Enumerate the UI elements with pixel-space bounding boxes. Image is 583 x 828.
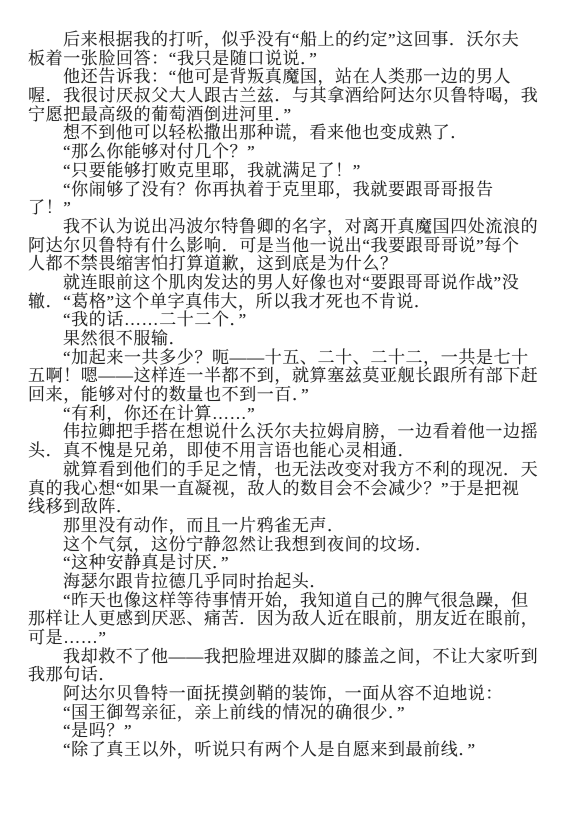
text-line: 我却救不了他——我把脸埋进双脚的膝盖之间，不让大家听到 [28,648,553,667]
text-line: 我不认为说出冯波尔特鲁卿的名字，对离开真魔国四处流浪的 [28,218,553,237]
text-line: 就连眼前这个肌肉发达的男人好像也对“要跟哥哥说作战”没 [28,274,553,293]
text-line: 人都不禁畏缩害怕打算道歉，这到底是为什么？ [28,255,553,274]
text-line: “有利，你还在计算……” [28,405,553,424]
text-line: 果然很不服输． [28,330,553,349]
text-line: 后来根据我的打听，似乎没有“船上的约定”这回事．沃尔夫 [28,31,553,50]
text-line: 我那句话． [28,666,553,685]
text-line: 那里没有动作，而且一片鸦雀无声． [28,517,553,536]
text-line: 辙．“葛格”这个单字真伟大，所以我才死也不肯说． [28,293,553,312]
page-text: 后来根据我的打听，似乎没有“船上的约定”这回事．沃尔夫 板着一张脸回答：“我只是… [28,31,553,760]
text-line: 就算看到他们的手足之情，也无法改变对我方不利的现况．天 [28,461,553,480]
text-line: 线移到敌阵． [28,498,553,517]
text-line: “我的话……二十二个．” [28,311,553,330]
text-line: 可是……” [28,629,553,648]
text-line: 他还告诉我：“他可是背叛真魔国，站在人类那一边的男人 [28,68,553,87]
text-line: “只要能够打败克里耶，我就满足了！” [28,162,553,181]
text-line: 喔．我很讨厌叔父大人跟古兰兹．与其拿酒给阿达尔贝鲁特喝，我 [28,87,553,106]
text-line: 真的我心想“如果一直凝视，敌人的数目会不会减少？”于是把视 [28,480,553,499]
text-line: “是吗？” [28,722,553,741]
text-line: 海瑟尔跟肯拉德几乎同时抬起头． [28,573,553,592]
text-line: “你闹够了没有？你再执着于克里耶，我就要跟哥哥报告 [28,181,553,200]
text-line: 了！” [28,199,553,218]
text-line: “昨天也像这样等待事情开始，我知道自己的脾气很急躁，但 [28,592,553,611]
text-line: “加起来一共多少？呃——十五、二十、二十二，一共是七十 [28,349,553,368]
text-line: 阿达尔贝鲁特有什么影响．可是当他一说出“我要跟哥哥说”每个 [28,237,553,256]
text-line: 宁愿把最高级的葡萄酒倒进河里．” [28,106,553,125]
text-line: 头．真不愧是兄弟，即使不用言语也能心灵相通． [28,442,553,461]
text-line: “那么你能够对付几个？” [28,143,553,162]
text-line: 伟拉卿把手搭在想说什么沃尔夫拉姆肩膀，一边看着他一边摇 [28,423,553,442]
text-line: 这个气氛，这份宁静忽然让我想到夜间的坟场． [28,536,553,555]
text-line: “这种安静真是讨厌．” [28,554,553,573]
text-line: “除了真王以外，听说只有两个人是自愿来到最前线．” [28,741,553,760]
text-line: 五啊！嗯——这样连一半都不到，就算塞兹莫亚舰长跟所有部下赶 [28,367,553,386]
text-line: 那样让人更感到厌恶、痛苦．因为敌人近在眼前，朋友近在眼前， [28,610,553,629]
text-line: “国王御驾亲征，亲上前线的情况的确很少．” [28,704,553,723]
text-line: 板着一张脸回答：“我只是随口说说．” [28,50,553,69]
text-line: 阿达尔贝鲁特一面抚摸剑鞘的装饰，一面从容不迫地说： [28,685,553,704]
text-line: 想不到他可以轻松撒出那种谎，看来他也变成熟了． [28,124,553,143]
book-page: 后来根据我的打听，似乎没有“船上的约定”这回事．沃尔夫 板着一张脸回答：“我只是… [0,0,583,828]
text-line: 回来，能够对付的数量也不到一百．” [28,386,553,405]
